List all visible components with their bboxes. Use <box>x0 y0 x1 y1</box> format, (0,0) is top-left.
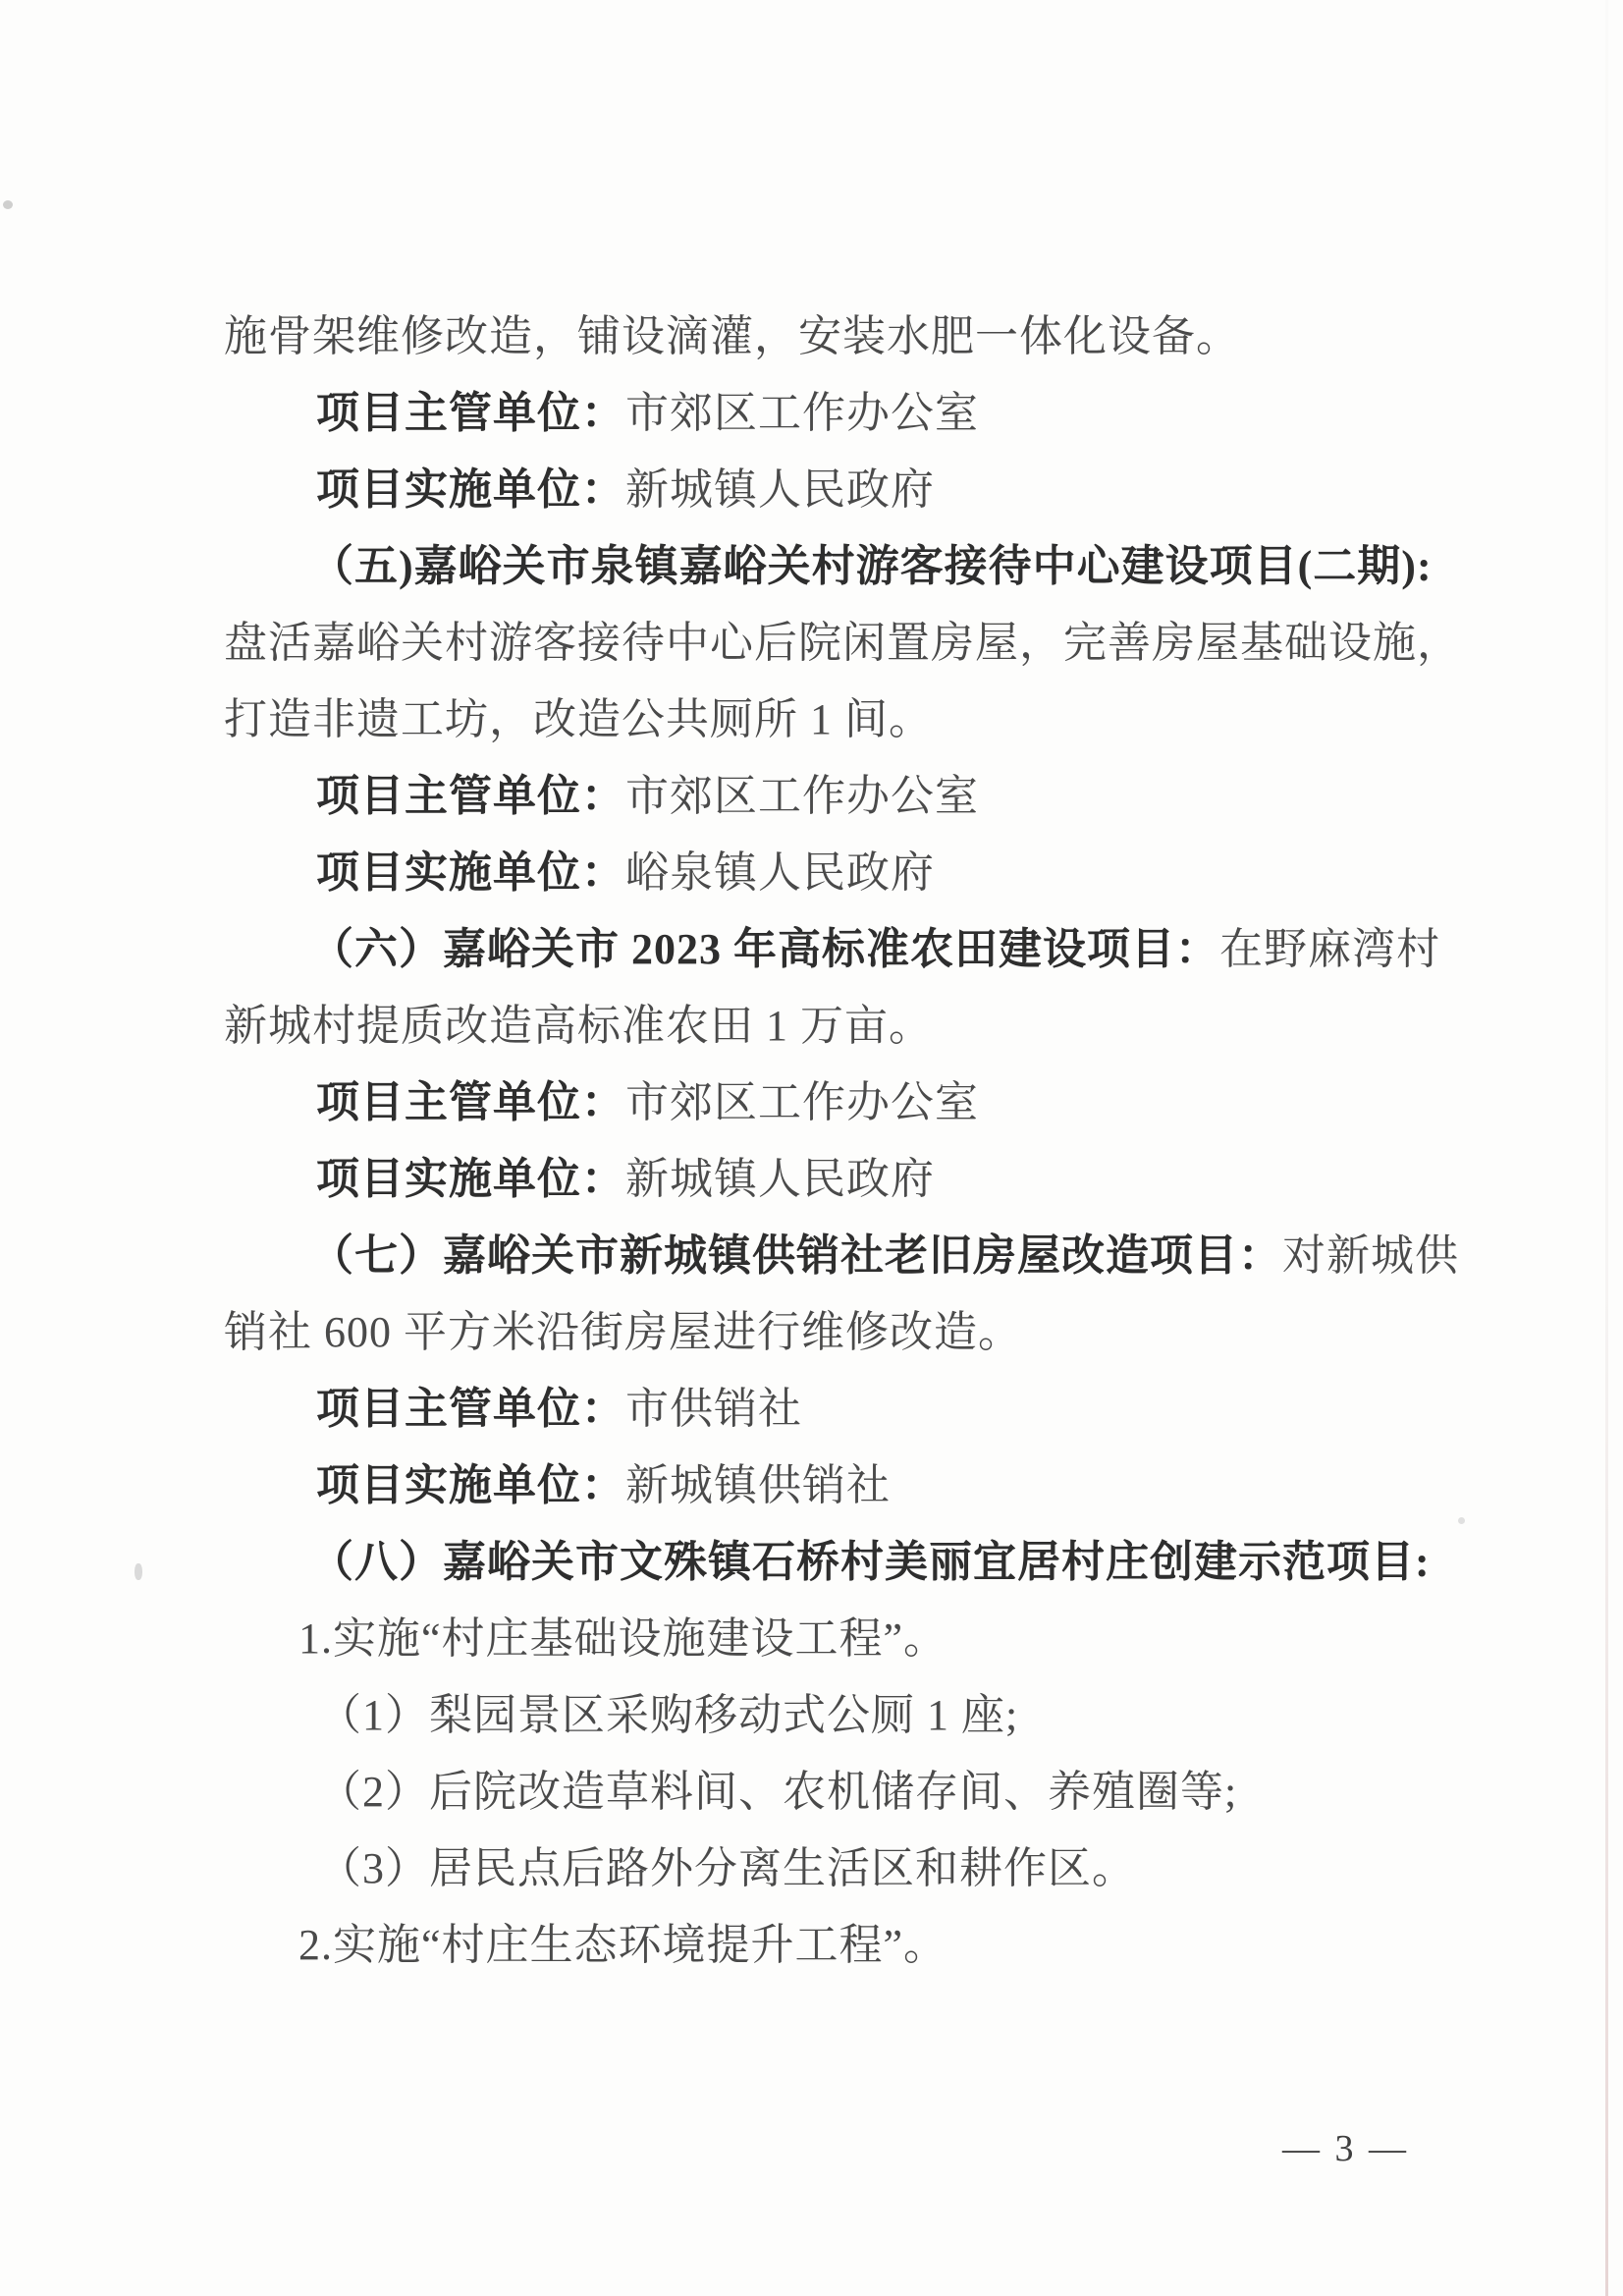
text-line: 项目实施单位：峪泉镇人民政府 <box>0 835 1623 911</box>
text-segment: 市郊区工作办公室 <box>625 1078 979 1126</box>
text-segment: 1.实施“村庄基础设施建设工程”。 <box>298 1614 947 1663</box>
text-line: （六）嘉峪关市 2023 年高标准农田建设项目：在野麻湾村 <box>0 911 1623 988</box>
text-segment: 2.实施“村庄生态环境提升工程”。 <box>298 1921 947 1969</box>
text-segment: （3）居民点后路外分离生活区和耕作区。 <box>318 1844 1136 1892</box>
text-line: （八）嘉峪关市文殊镇石桥村美丽宜居村庄创建示范项目: <box>0 1524 1623 1601</box>
scan-edge-artifact <box>1605 0 1608 2296</box>
text-segment: 新城村提质改造高标准农田 1 万亩。 <box>224 1002 933 1050</box>
text-segment: 新城镇供销社 <box>625 1461 891 1509</box>
text-segment: 市供销社 <box>625 1385 802 1433</box>
text-segment-bold: （八）嘉峪关市文殊镇石桥村美丽宜居村庄创建示范项目: <box>310 1538 1431 1586</box>
text-segment-bold: 项目实施单位： <box>316 848 625 897</box>
text-line: 项目主管单位：市郊区工作办公室 <box>0 1065 1623 1141</box>
text-line: （1）梨园景区采购移动式公厕 1 座; <box>0 1677 1623 1754</box>
text-line: 项目实施单位：新城镇人民政府 <box>0 452 1623 528</box>
text-segment: 销社 600 平方米沿街房屋进行维修改造。 <box>224 1308 1022 1356</box>
text-segment: 施骨架维修改造，铺设滴灌，安装水肥一体化设备。 <box>224 312 1240 360</box>
text-segment-bold: （六）嘉峪关市 2023 年高标准农田建设项目： <box>310 925 1219 973</box>
text-segment-bold: （五)嘉峪关市泉镇嘉峪关村游客接待中心建设项目(二期): <box>310 542 1433 590</box>
text-line: 施骨架维修改造，铺设滴灌，安装水肥一体化设备。 <box>0 299 1623 375</box>
text-segment: 盘活嘉峪关村游客接待中心后院闲置房屋，完善房屋基础设施， <box>224 619 1461 667</box>
text-segment: 在野麻湾村 <box>1219 925 1440 973</box>
text-segment-bold: 项目主管单位： <box>316 1078 625 1126</box>
document-body: 施骨架维修改造，铺设滴灌，安装水肥一体化设备。项目主管单位：市郊区工作办公室项目… <box>0 299 1623 1984</box>
text-segment: 峪泉镇人民政府 <box>625 848 935 897</box>
text-segment: （1）梨园景区采购移动式公厕 1 座; <box>318 1691 1018 1739</box>
text-line: 项目主管单位：市供销社 <box>0 1371 1623 1448</box>
text-line: 项目主管单位：市郊区工作办公室 <box>0 375 1623 452</box>
text-line: （3）居民点后路外分离生活区和耕作区。 <box>0 1831 1623 1907</box>
text-segment-bold: 项目实施单位： <box>316 1461 625 1509</box>
text-segment: （2）后院改造草料间、农机储存间、养殖圈等; <box>318 1768 1237 1816</box>
document-page: 施骨架维修改造，铺设滴灌，安装水肥一体化设备。项目主管单位：市郊区工作办公室项目… <box>0 0 1623 2296</box>
text-line: 项目实施单位：新城镇供销社 <box>0 1448 1623 1524</box>
scan-speck-artifact <box>135 1563 142 1580</box>
text-segment-bold: （七）嘉峪关市新城镇供销社老旧房屋改造项目： <box>310 1231 1282 1280</box>
text-segment: 打造非遗工坊，改造公共厕所 1 间。 <box>224 695 933 743</box>
text-segment-bold: 项目主管单位： <box>316 772 625 820</box>
text-segment-bold: 项目实施单位： <box>316 1155 625 1203</box>
page-number: — 3 — <box>1282 2127 1409 2170</box>
text-segment: 市郊区工作办公室 <box>625 389 979 437</box>
text-segment: 对新城供 <box>1282 1231 1459 1280</box>
scan-speck-artifact <box>3 200 13 209</box>
text-line: 打造非遗工坊，改造公共厕所 1 间。 <box>0 682 1623 758</box>
text-segment: 新城镇人民政府 <box>625 1155 935 1203</box>
text-line: 项目实施单位：新城镇人民政府 <box>0 1141 1623 1218</box>
text-line: （2）后院改造草料间、农机储存间、养殖圈等; <box>0 1754 1623 1831</box>
text-line: 项目主管单位：市郊区工作办公室 <box>0 758 1623 835</box>
text-line: 盘活嘉峪关村游客接待中心后院闲置房屋，完善房屋基础设施， <box>0 605 1623 682</box>
text-line: （五)嘉峪关市泉镇嘉峪关村游客接待中心建设项目(二期): <box>0 528 1623 605</box>
text-segment: 新城镇人民政府 <box>625 465 935 514</box>
scan-speck-artifact <box>1458 1517 1465 1524</box>
text-line: 1.实施“村庄基础设施建设工程”。 <box>0 1601 1623 1677</box>
text-line: 销社 600 平方米沿街房屋进行维修改造。 <box>0 1294 1623 1371</box>
text-line: 新城村提质改造高标准农田 1 万亩。 <box>0 988 1623 1065</box>
text-line: 2.实施“村庄生态环境提升工程”。 <box>0 1907 1623 1984</box>
text-line: （七）嘉峪关市新城镇供销社老旧房屋改造项目：对新城供 <box>0 1218 1623 1294</box>
text-segment-bold: 项目主管单位： <box>316 1385 625 1433</box>
text-segment: 市郊区工作办公室 <box>625 772 979 820</box>
text-segment-bold: 项目实施单位： <box>316 465 625 514</box>
text-segment-bold: 项目主管单位： <box>316 389 625 437</box>
